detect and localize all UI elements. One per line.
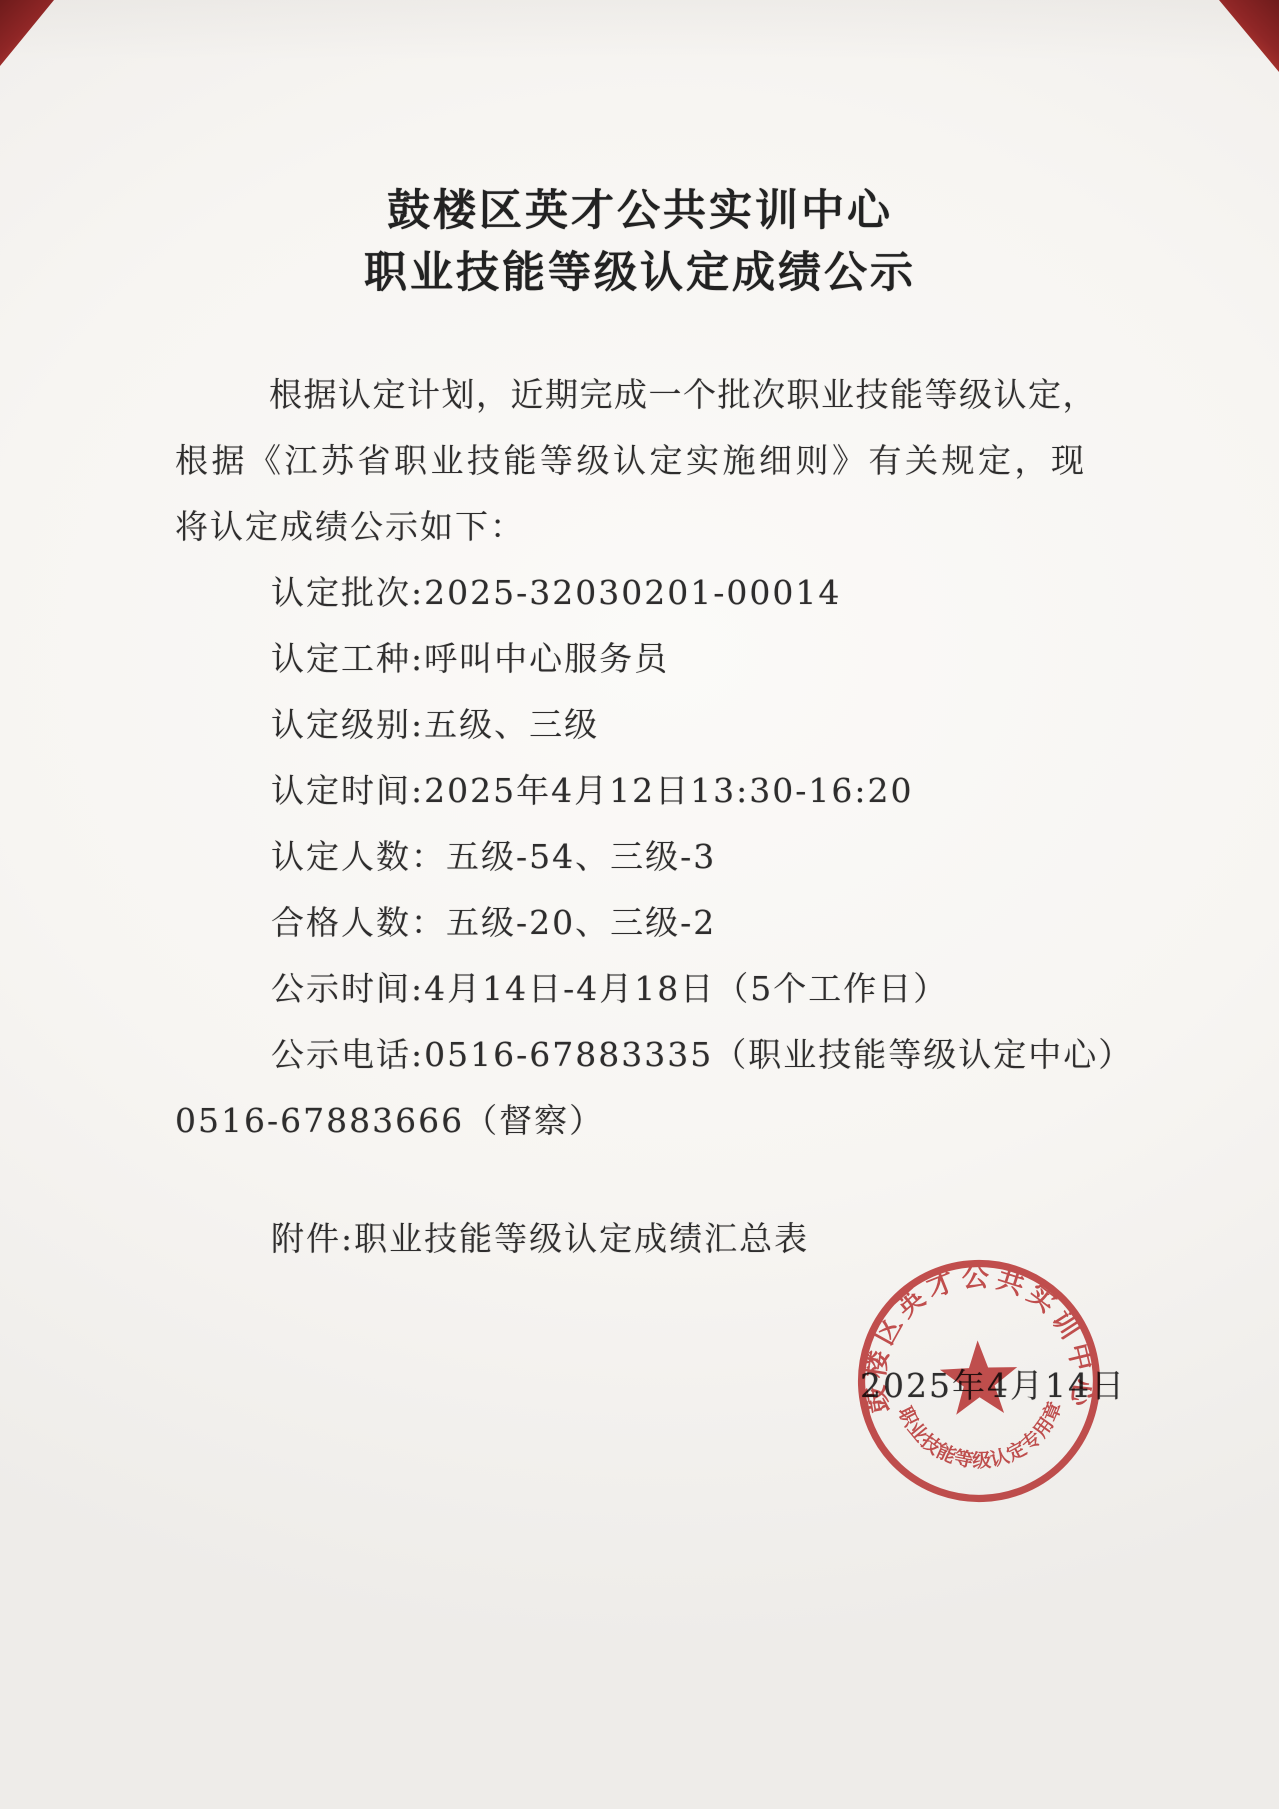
- detail-line-occupation: 认定工种:呼叫中心服务员: [175, 626, 1105, 692]
- document-title-line2: 职业技能等级认定成绩公示: [175, 242, 1105, 304]
- paragraph-line-2: 根据《江苏省职业技能等级认定实施细则》有关规定，现: [175, 428, 1105, 494]
- detail-line-time: 认定时间:2025年4月12日13:30-16:20: [175, 758, 1105, 824]
- detail-line-phone-continuation: 0516-67883666（督察）: [175, 1088, 1105, 1154]
- seal-star-icon: [939, 1339, 1019, 1415]
- detail-line-candidates: 认定人数：五级-54、三级-3: [175, 824, 1105, 890]
- seal-caption-text: 职业技能等级认定专用章: [893, 1398, 1069, 1475]
- document-body: 根据认定计划，近期完成一个批次职业技能等级认定， 根据《江苏省职业技能等级认定实…: [175, 362, 1105, 1272]
- detail-line-batch: 认定批次:2025-32030201-00014: [175, 560, 1105, 626]
- official-seal: 鼓楼区英才公共实训中心 职业技能等级认定专用章: [844, 1246, 1115, 1517]
- document-title-line1: 鼓楼区英才公共实训中心: [175, 180, 1105, 242]
- detail-line-passed: 合格人数：五级-20、三级-2: [175, 890, 1105, 956]
- photo-background-corner-right: [1219, 0, 1279, 72]
- document-page: 鼓楼区英才公共实训中心 职业技能等级认定成绩公示 根据认定计划，近期完成一个批次…: [0, 0, 1279, 1809]
- paragraph-line-3: 将认定成绩公示如下：: [175, 494, 1105, 560]
- photo-background-corner-left: [0, 0, 54, 66]
- paragraph-line-1: 根据认定计划，近期完成一个批次职业技能等级认定，: [175, 362, 1105, 428]
- document-content: 鼓楼区英才公共实训中心 职业技能等级认定成绩公示 根据认定计划，近期完成一个批次…: [175, 180, 1105, 1272]
- detail-line-publicity-period: 公示时间:4月14日-4月18日（5个工作日）: [175, 956, 1105, 1022]
- detail-line-publicity-phone: 公示电话:0516-67883335（职业技能等级认定中心）: [175, 1022, 1105, 1088]
- detail-line-level: 认定级别:五级、三级: [175, 692, 1105, 758]
- spacer: [175, 1154, 1105, 1206]
